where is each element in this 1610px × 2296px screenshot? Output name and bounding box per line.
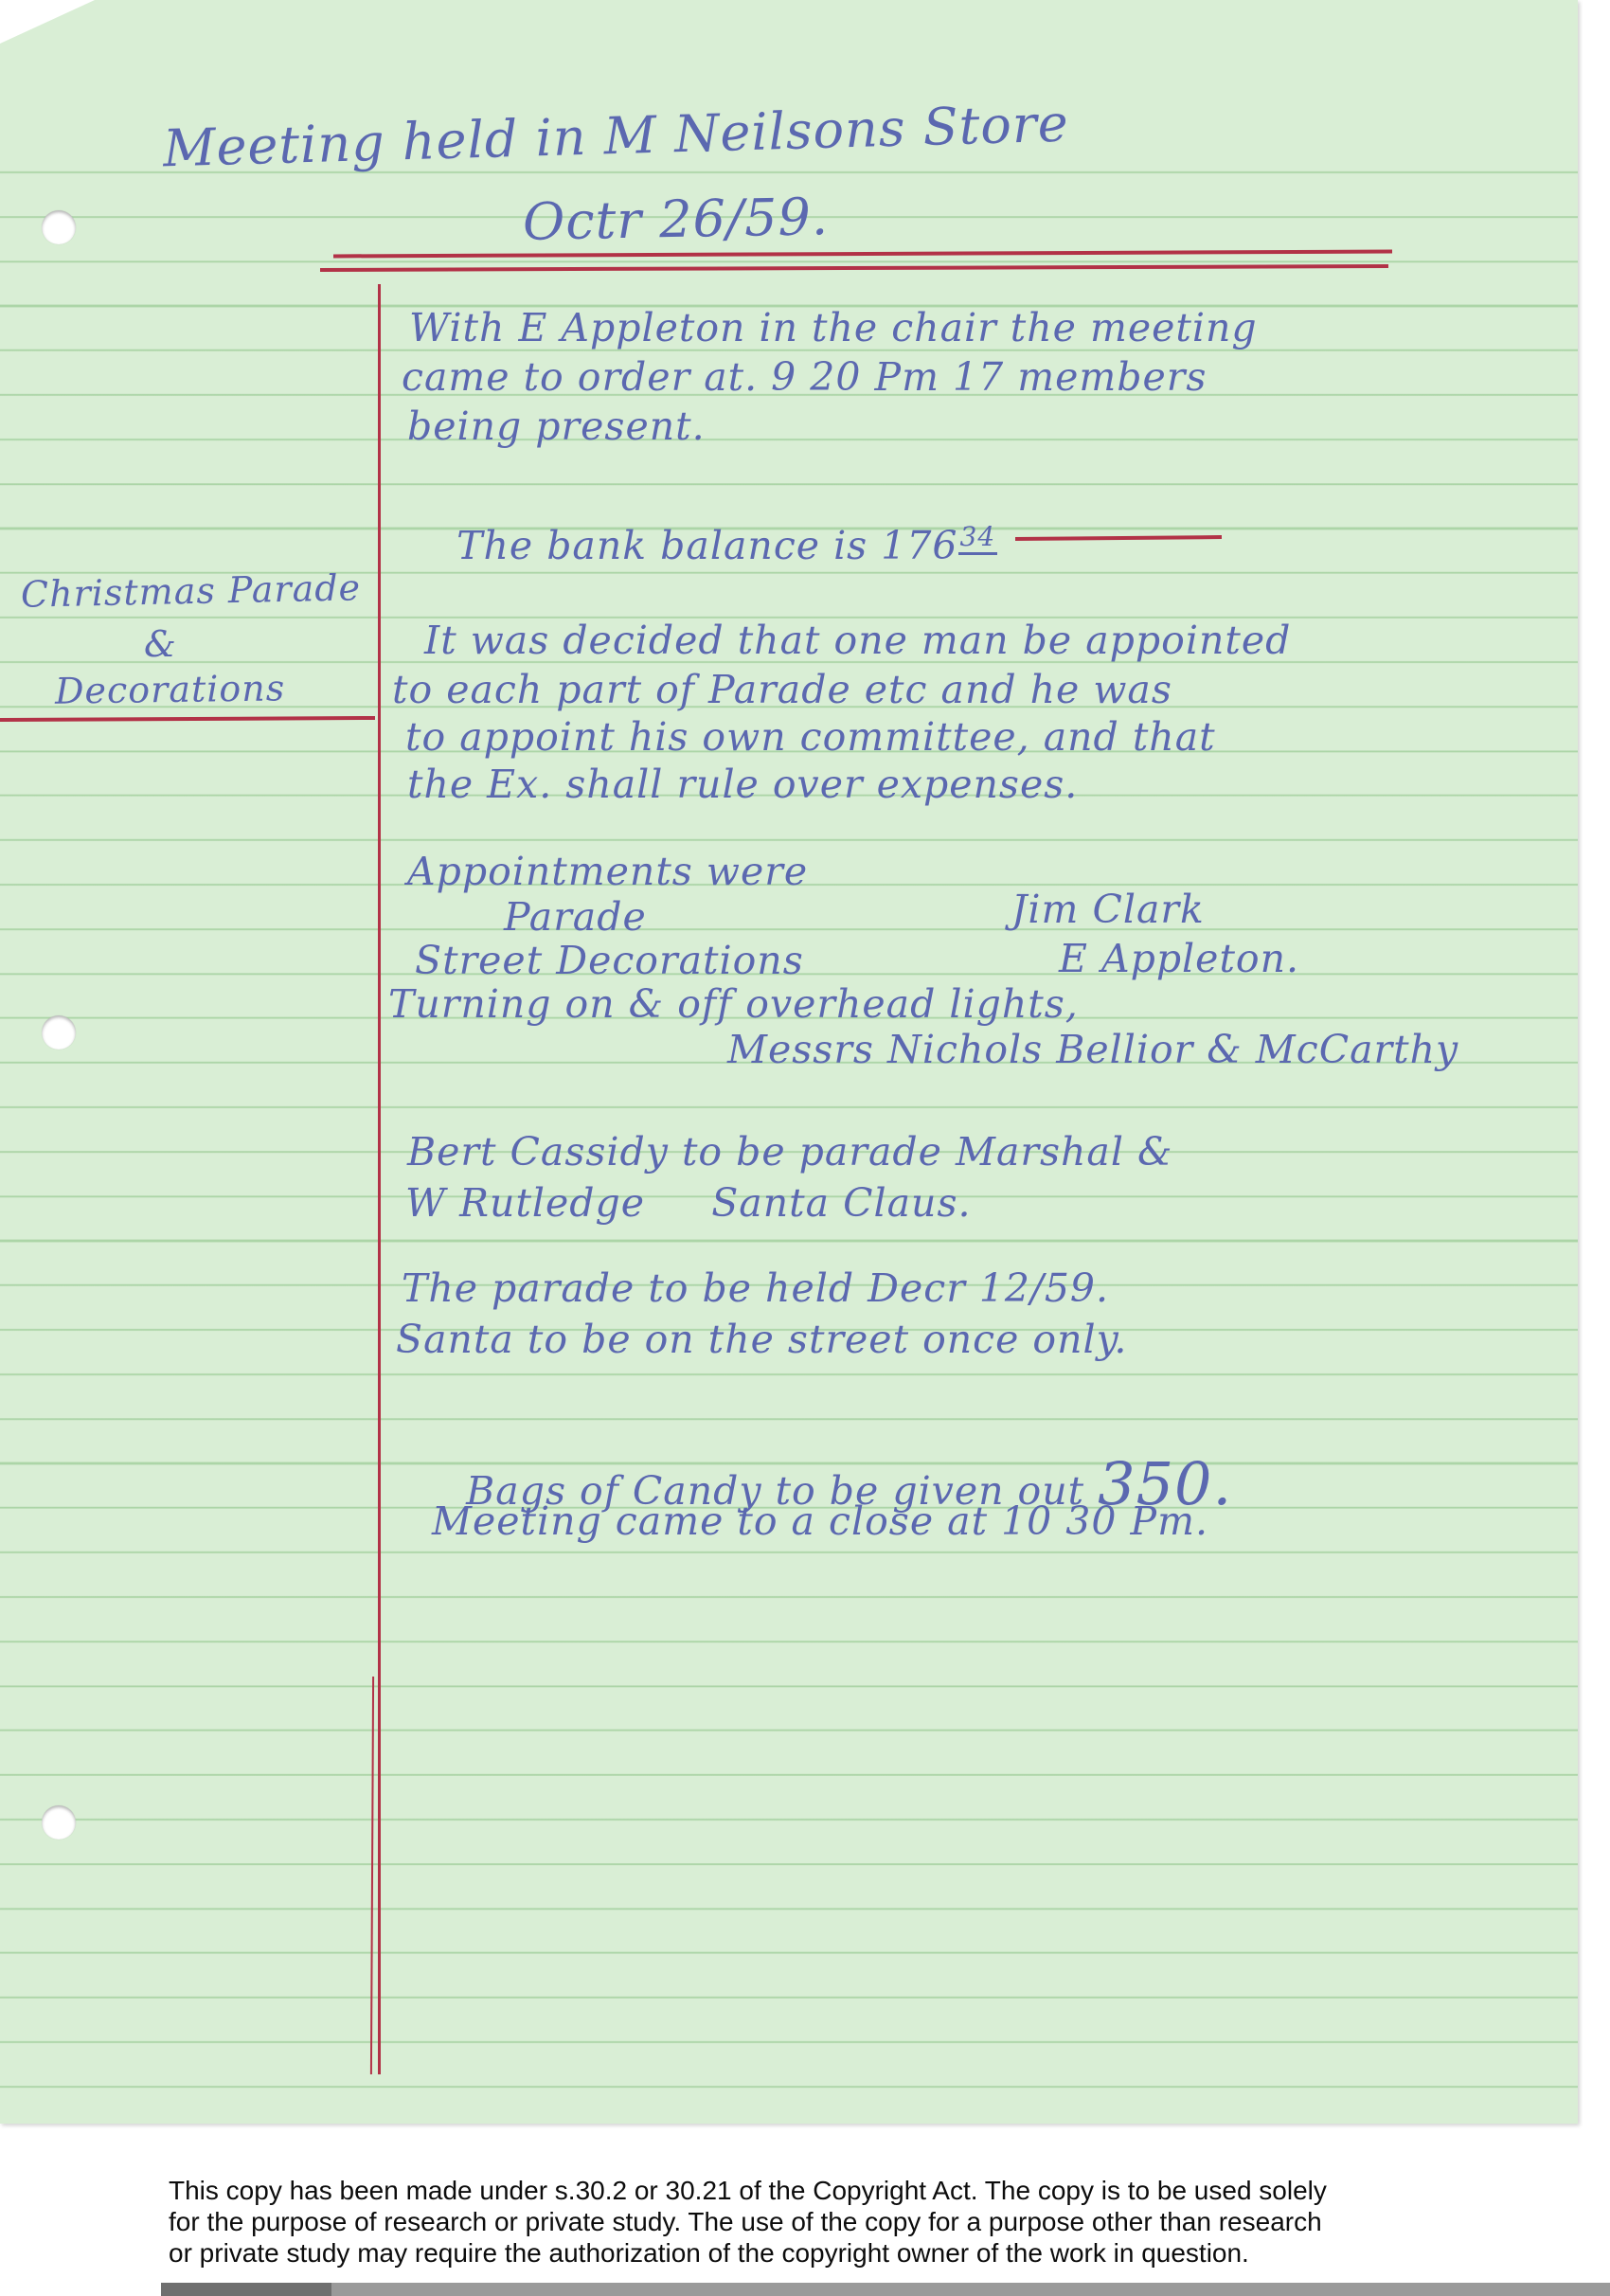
appointment-role: Parade (504, 894, 647, 940)
punch-hole (42, 1015, 76, 1049)
copyright-line: for the purpose of research or private s… (169, 2206, 1371, 2237)
bank-balance-text: The bank balance is 176 (456, 523, 957, 568)
scan-edge-bar-dark (161, 2283, 331, 2296)
copyright-line: or private study may require the authori… (169, 2237, 1371, 2269)
appointment-role: Street Decorations (415, 938, 804, 983)
appointment-person: Messrs Nichols Bellior & McCarthy (727, 1027, 1458, 1072)
meeting-date: Octr 26/59. (522, 187, 829, 252)
body-line: to appoint his own committee, and that (405, 714, 1216, 760)
body-line: the Ex. shall rule over expenses. (407, 762, 1078, 807)
body-line: came to order at. 9 20 Pm 17 members (402, 354, 1207, 400)
body-line: being present. (407, 404, 706, 449)
red-margin-rule (378, 284, 381, 2074)
body-line: Bert Cassidy to be parade Marshal & (407, 1129, 1173, 1175)
body-line: to each part of Parade etc and he was (392, 667, 1172, 712)
copyright-notice: This copy has been made under s.30.2 or … (169, 2175, 1371, 2269)
punch-hole (42, 210, 76, 244)
body-line: It was decided that one man be appointed (424, 618, 1291, 663)
margin-note-line-1: Christmas Parade (21, 566, 362, 616)
scan-edge-bar (161, 2283, 1610, 2296)
bank-balance-line: The bank balance is 17634 (403, 475, 997, 614)
scanned-minutes-page: Meeting held in M Neilsons Store Octr 26… (0, 0, 1610, 2296)
body-line: With E Appleton in the chair the meeting (409, 305, 1258, 350)
punch-hole (42, 1805, 76, 1839)
bank-balance-cents: 34 (958, 521, 998, 555)
margin-note-line-2: & (144, 623, 177, 665)
body-line: The parade to be held Decr 12/59. (402, 1265, 1109, 1311)
appointments-heading: Appointments were (407, 849, 808, 894)
copyright-line: This copy has been made under s.30.2 or … (169, 2175, 1371, 2206)
body-line: Santa to be on the street once only. (396, 1317, 1127, 1362)
appointment-person: Jim Clark (1011, 887, 1205, 932)
appointment-role: Turning on & off overhead lights, (388, 981, 1079, 1027)
body-line: W Rutledge Santa Claus. (405, 1180, 972, 1226)
appointment-person: E Appleton. (1059, 936, 1299, 981)
paper-corner-notch (0, 0, 95, 44)
margin-note-line-3: Decorations (55, 667, 286, 711)
closing-line: Meeting came to a close at 10 30 Pm. (432, 1498, 1208, 1544)
